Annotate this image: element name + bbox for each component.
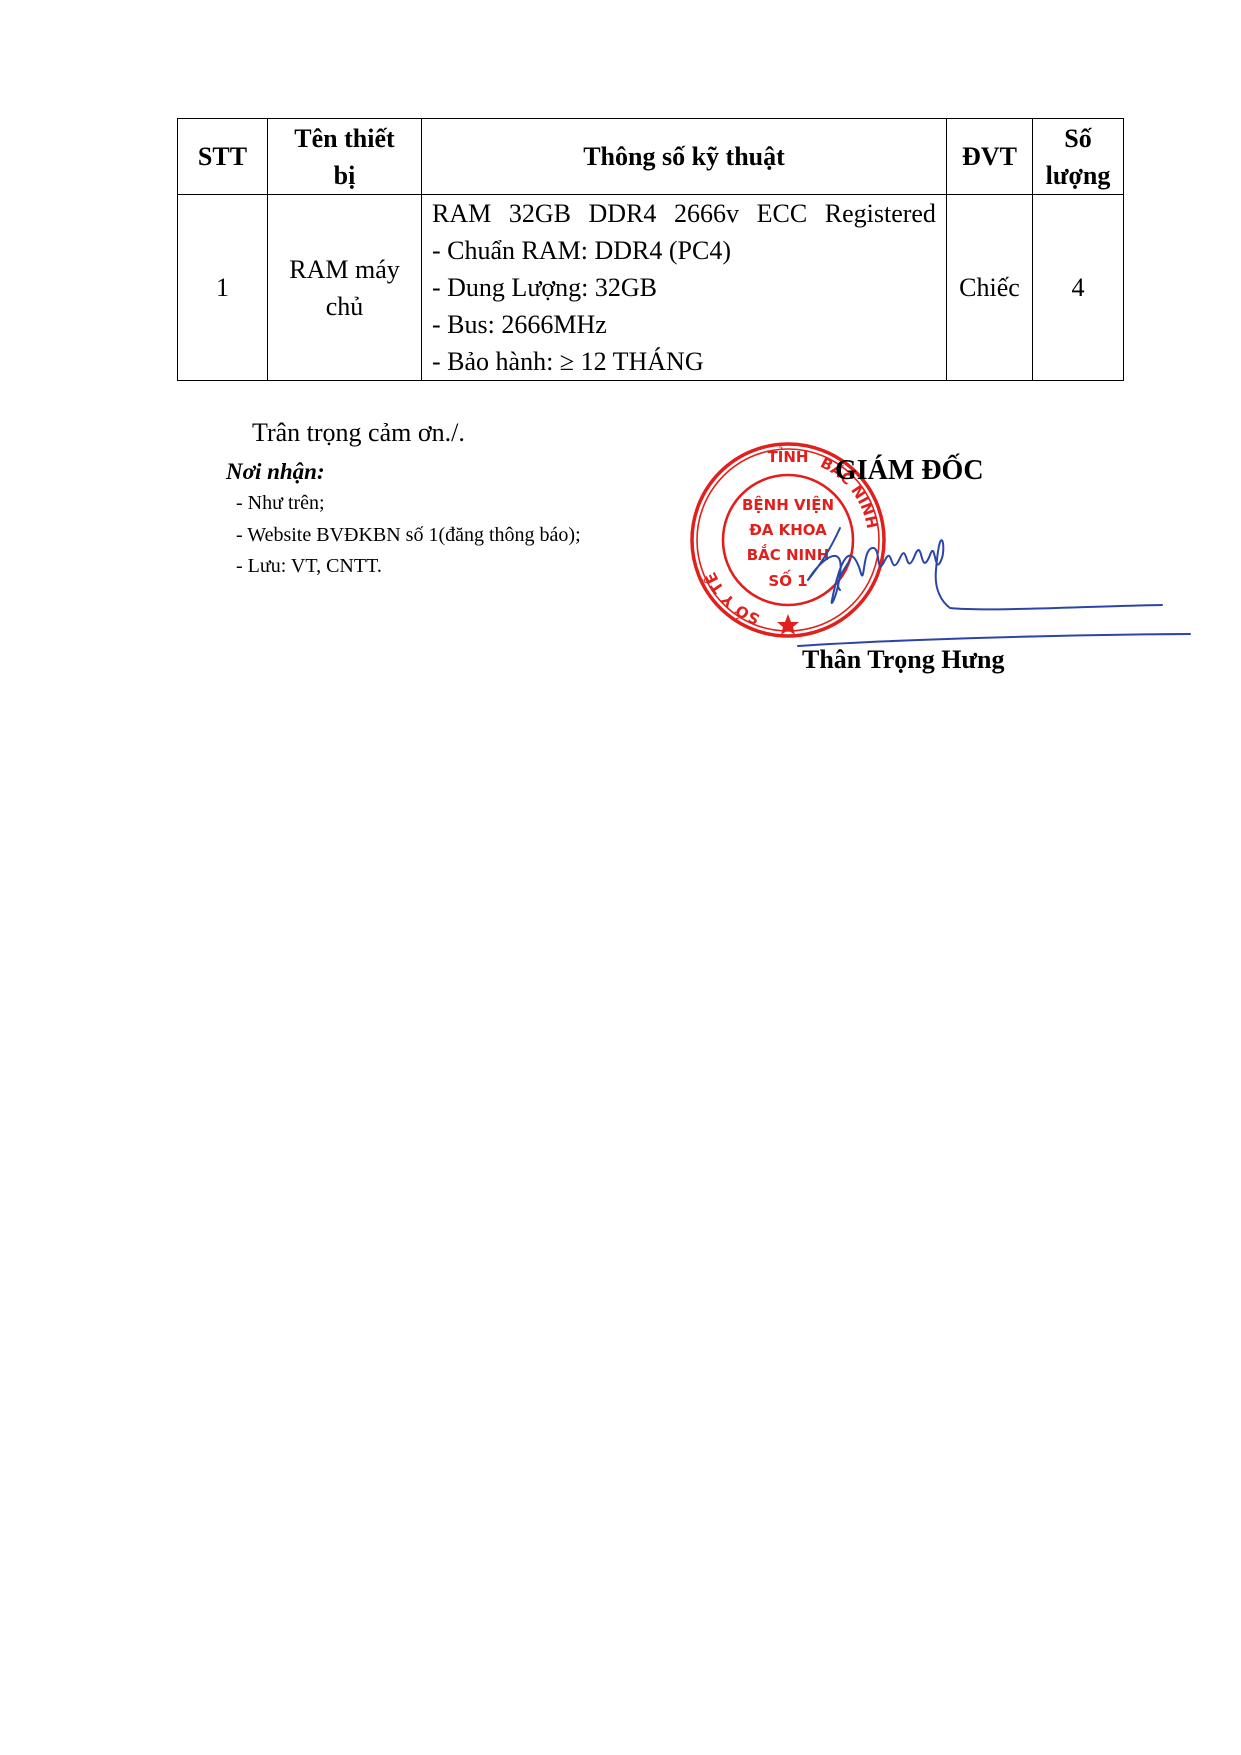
spec-title-word: RAM: [432, 195, 491, 232]
device-name-line2: chủ: [326, 292, 364, 321]
recipient-item: - Lưu: VT, CNTT.: [236, 551, 581, 583]
signer-name: Thân Trọng Hưng: [802, 645, 1005, 675]
recipients-block: Nơi nhận: - Như trên; - Website BVĐKBN s…: [226, 457, 581, 583]
spec-title-word: DDR4: [589, 195, 657, 232]
spec-line-bus: - Bus: 2666MHz: [432, 306, 936, 343]
cell-device-name: RAM máy chủ: [268, 195, 422, 381]
header-quantity: Số lượng: [1033, 119, 1124, 195]
header-qty-line1: Số: [1064, 124, 1091, 153]
equipment-spec-table: STT Tên thiết bị Thông số kỹ thuật ĐVT S…: [177, 118, 1124, 381]
recipient-item: - Như trên;: [236, 488, 581, 520]
header-unit: ĐVT: [947, 119, 1033, 195]
cell-quantity: 4: [1033, 195, 1124, 381]
device-name-line1: RAM máy: [289, 255, 400, 284]
spec-title: RAM 32GB DDR4 2666v ECC Registered: [432, 195, 936, 232]
recipients-list: - Như trên; - Website BVĐKBN số 1(đăng t…: [236, 488, 581, 583]
closing-line: Trân trọng cảm ơn./.: [252, 418, 465, 448]
table-header-row: STT Tên thiết bị Thông số kỹ thuật ĐVT S…: [178, 119, 1124, 195]
spec-title-word: ECC: [757, 195, 808, 232]
header-device-line2: bị: [334, 161, 356, 190]
spec-line-capacity: - Dung Lượng: 32GB: [432, 269, 936, 306]
signer-block: SỞ Y TẾ TỈNH BẮC NINH BỆNH VIỆN ĐA KHOA …: [690, 440, 1210, 700]
header-stt: STT: [178, 119, 268, 195]
cell-spec: RAM 32GB DDR4 2666v ECC Registered - Chu…: [422, 195, 947, 381]
recipients-title: Nơi nhận:: [226, 457, 581, 487]
header-spec: Thông số kỹ thuật: [422, 119, 947, 195]
header-device-line1: Tên thiết: [294, 124, 394, 153]
cell-stt: 1: [178, 195, 268, 381]
spec-line-warranty: - Bảo hành: ≥ 12 THÁNG: [432, 343, 936, 380]
spec-title-word: Registered: [825, 195, 936, 232]
table-row: 1 RAM máy chủ RAM 32GB DDR4 2666v ECC Re…: [178, 195, 1124, 381]
header-device-name: Tên thiết bị: [268, 119, 422, 195]
recipient-item: - Website BVĐKBN số 1(đăng thông báo);: [236, 520, 581, 552]
spec-line-ram-standard: - Chuẩn RAM: DDR4 (PC4): [432, 232, 936, 269]
spec-title-word: 2666v: [674, 195, 739, 232]
header-qty-line2: lượng: [1046, 161, 1111, 190]
cell-unit: Chiếc: [947, 195, 1033, 381]
spec-title-word: 32GB: [509, 195, 571, 232]
